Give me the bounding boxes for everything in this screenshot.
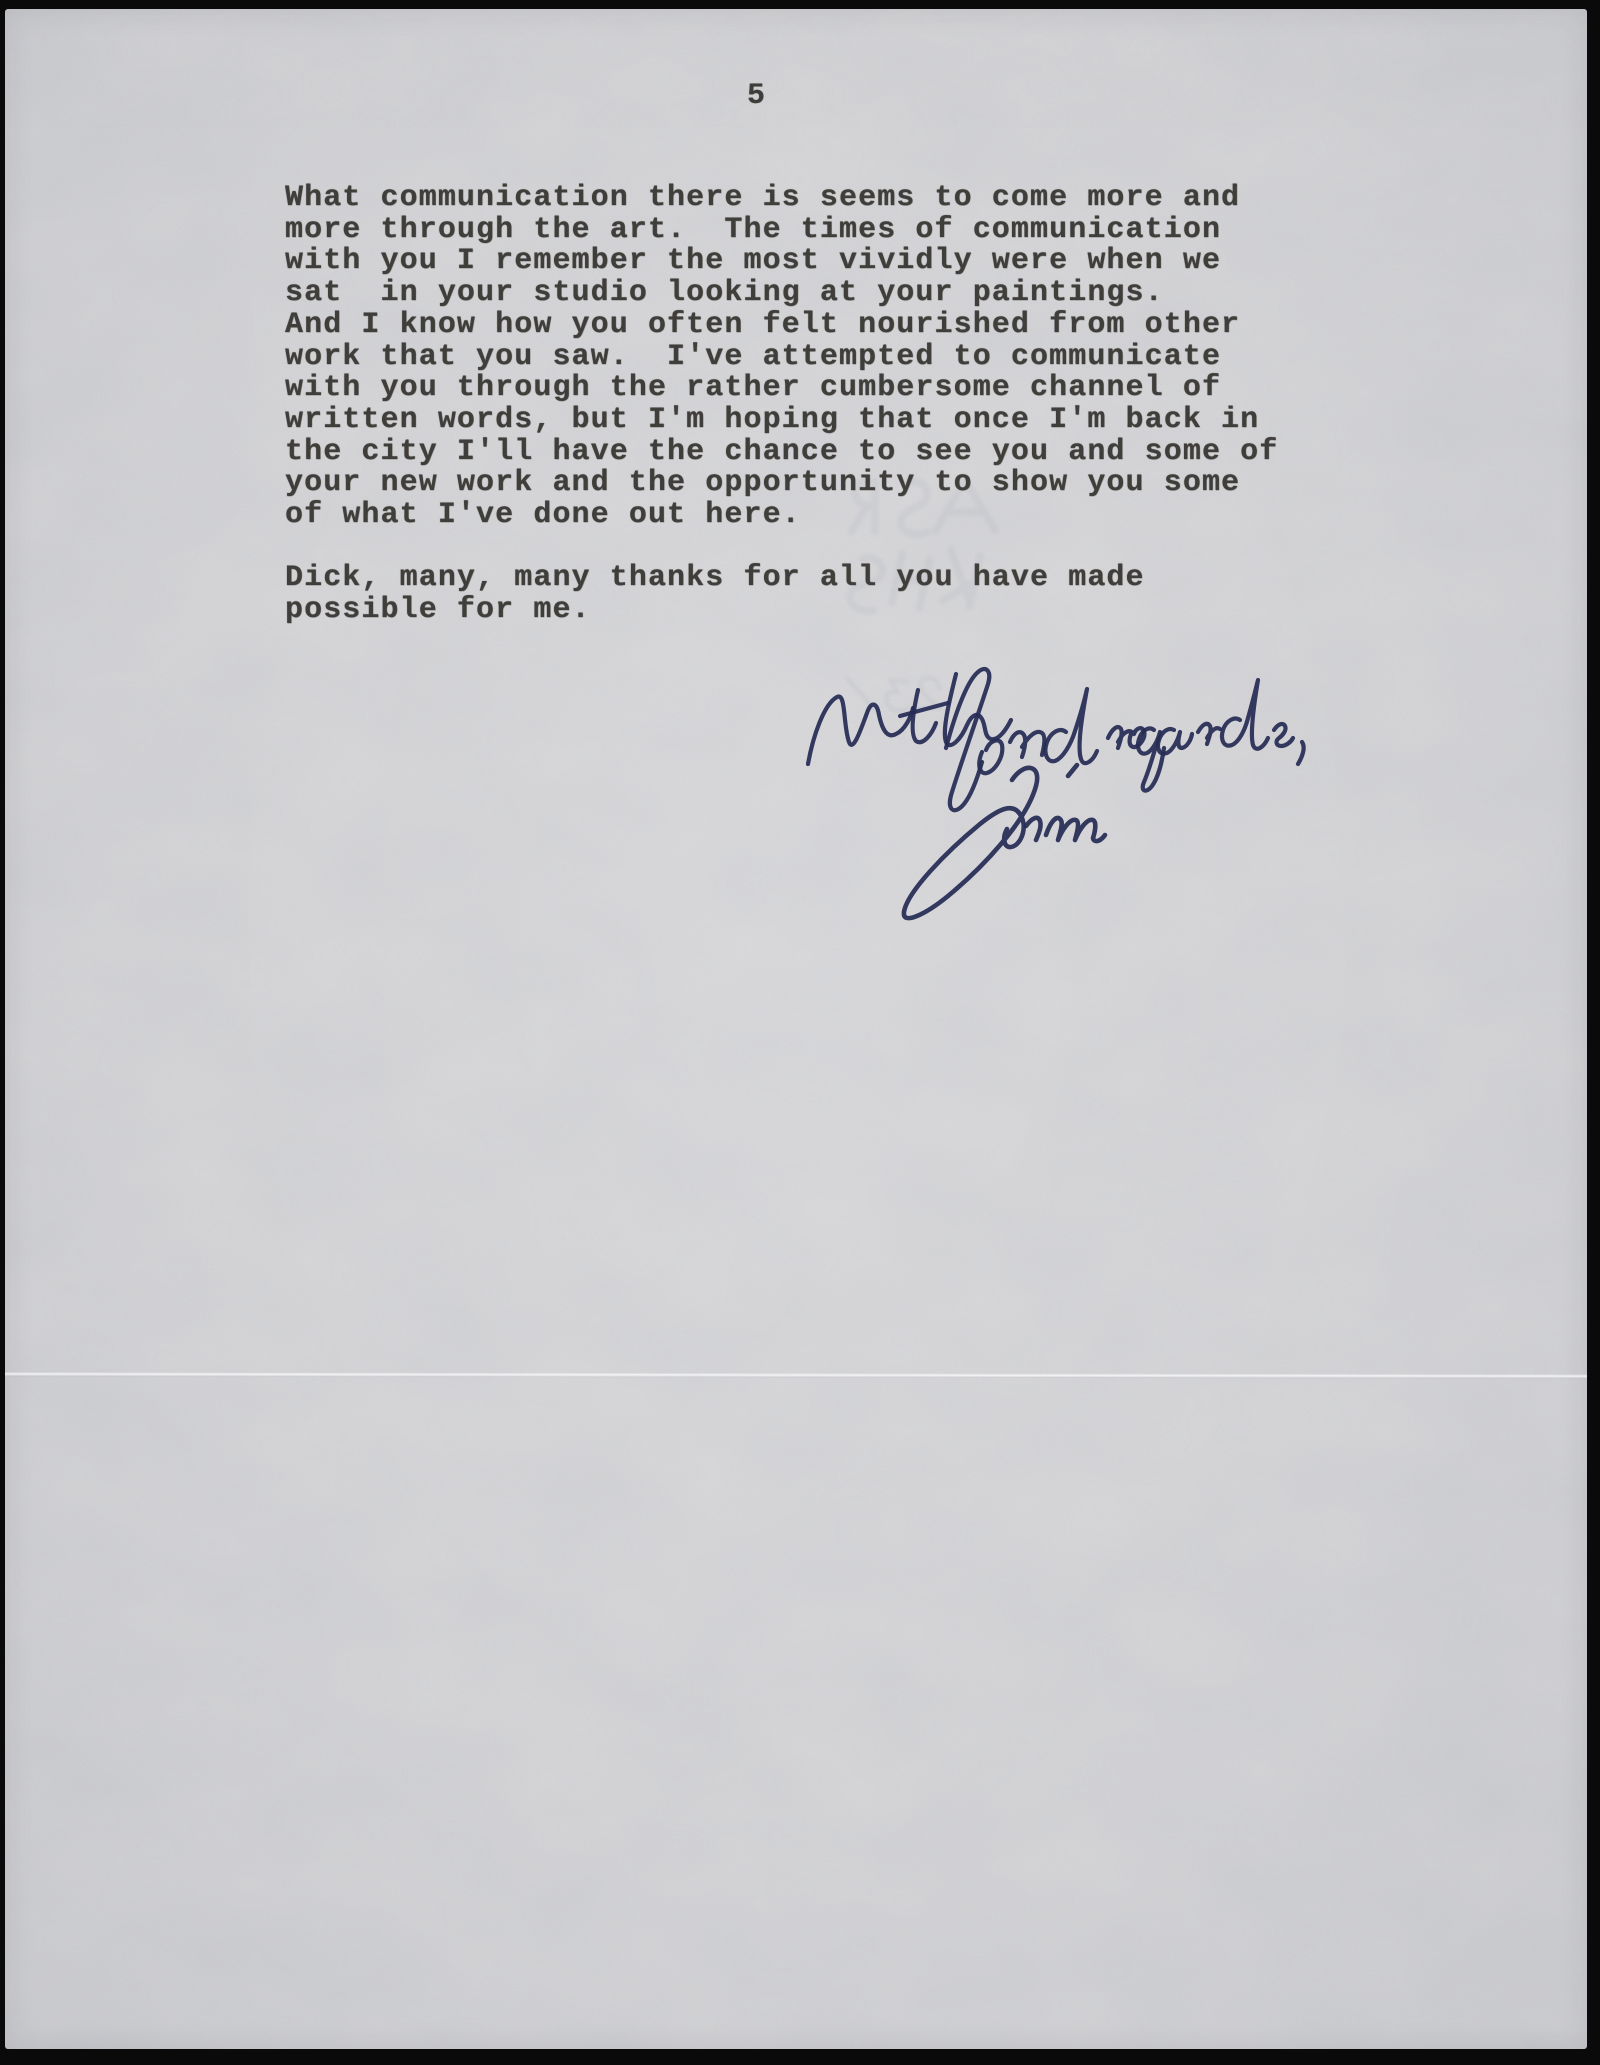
typed-line: of what I've done out here. [285,500,1315,532]
paper-sheet: 5 What communication there is seems to c… [5,9,1587,2049]
scanned-letter-page: 5 What communication there is seems to c… [0,0,1600,2065]
typed-line: possible for me. [285,595,1315,627]
typed-line: the city I'll have the chance to see you… [285,437,1315,469]
typed-line: What communication there is seems to com… [285,183,1315,215]
signature-name-handwriting [904,765,1105,918]
typed-line: more through the art. The times of commu… [285,215,1315,247]
typed-line: written words, but I'm hoping that once … [285,405,1315,437]
typed-line: And I know how you often felt nourished … [285,310,1315,342]
typed-line: work that you saw. I've attempted to com… [285,342,1315,374]
fold-crease-line [5,1372,1587,1379]
letter-paragraph-1: What communication there is seems to com… [285,183,1315,532]
typed-line: Dick, many, many thanks for all you have… [285,563,1315,595]
typed-line: with you I remember the most vividly wer… [285,246,1315,278]
signature-handwriting [750,630,1390,1030]
letter-paragraph-2: Dick, many, many thanks for all you have… [285,563,1315,626]
typed-line: sat in your studio looking at your paint… [285,278,1315,310]
signature-closing-handwriting [808,669,1304,810]
typed-line: your new work and the opportunity to sho… [285,468,1315,500]
typed-line: with you through the rather cumbersome c… [285,373,1315,405]
page-number: 5 [747,81,766,111]
